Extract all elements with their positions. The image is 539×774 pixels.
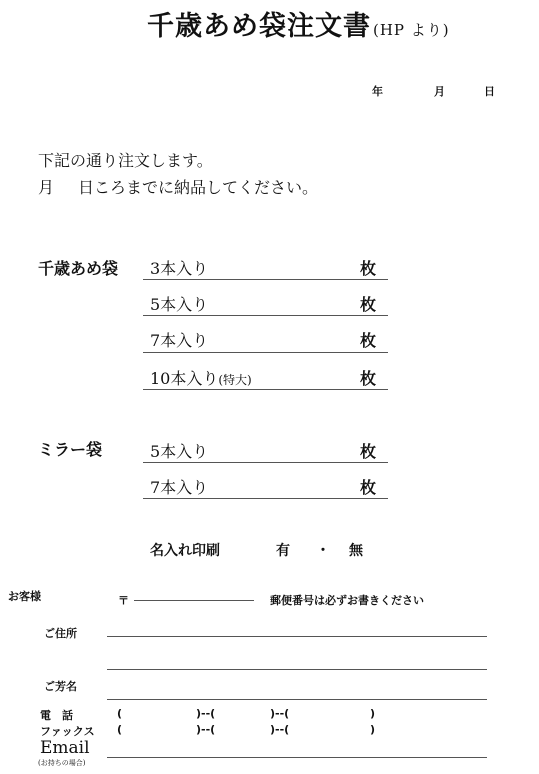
item-label: 10本入り(特大) <box>150 366 252 389</box>
item-label: 3本入り <box>150 256 208 279</box>
item-unit: 枚 <box>360 256 376 279</box>
item-label: 7本入り <box>150 475 208 498</box>
name-print-separator: ・ <box>316 540 330 560</box>
intro-line2: 日ころまでに納品してください。 <box>78 175 318 198</box>
category-chitose-bag: 千歳あめ袋 <box>38 256 118 279</box>
phone-paren: ( <box>117 707 122 720</box>
name-print-no[interactable]: 無 <box>349 540 363 560</box>
fax-label: ファックス <box>40 723 95 739</box>
phone-label: 電 話 <box>40 707 73 723</box>
document-title: 千歳あめ袋注文書(HP より) <box>147 4 450 43</box>
item-unit: 枚 <box>360 439 376 462</box>
name-label: ご芳名 <box>44 678 77 694</box>
email-line[interactable] <box>107 757 487 758</box>
item-label: 7本入り <box>150 328 208 351</box>
intro-line1: 下記の通り注文します。 <box>38 148 213 171</box>
name-print-yes[interactable]: 有 <box>276 540 290 560</box>
item-unit: 枚 <box>360 292 376 315</box>
phone-paren: ) <box>370 707 375 720</box>
email-note: (お持ちの場合) <box>38 758 85 768</box>
item-unit: 枚 <box>360 366 376 389</box>
quantity-line[interactable] <box>143 315 388 316</box>
customer-heading: お客様 <box>8 588 41 604</box>
fax-paren: )--( <box>196 723 215 736</box>
category-mirror-bag: ミラー袋 <box>38 437 102 460</box>
item-note: (特大) <box>218 373 251 387</box>
date-month[interactable]: 月 <box>434 83 445 99</box>
address-label: ご住所 <box>44 625 77 641</box>
postal-note: 郵便番号は必ずお書きください <box>270 592 424 608</box>
item-label: 5本入り <box>150 292 208 315</box>
address-line-1[interactable] <box>107 636 487 637</box>
phone-paren: )--( <box>196 707 215 720</box>
item-unit: 枚 <box>360 328 376 351</box>
email-label: Email <box>40 740 90 757</box>
item-label: 5本入り <box>150 439 208 462</box>
quantity-line[interactable] <box>143 279 388 280</box>
fax-paren: ( <box>117 723 122 736</box>
title-main: 千歳あめ袋注文書 <box>147 11 371 42</box>
date-day[interactable]: 日 <box>484 83 495 99</box>
quantity-line[interactable] <box>143 352 388 353</box>
title-sub: (HP より) <box>373 21 450 39</box>
intro-month: 月 <box>38 175 54 198</box>
name-print-label: 名入れ印刷 <box>150 540 220 560</box>
item-unit: 枚 <box>360 475 376 498</box>
postal-mark: 〒 <box>118 592 129 608</box>
quantity-line[interactable] <box>143 498 388 499</box>
quantity-line[interactable] <box>143 389 388 390</box>
postal-code-line[interactable] <box>134 600 254 601</box>
quantity-line[interactable] <box>143 462 388 463</box>
fax-paren: )--( <box>270 723 289 736</box>
address-line-2[interactable] <box>107 669 487 670</box>
fax-paren: ) <box>370 723 375 736</box>
item-label-text: 10本入り <box>150 369 218 388</box>
date-year[interactable]: 年 <box>372 83 383 99</box>
phone-paren: )--( <box>270 707 289 720</box>
name-line[interactable] <box>107 699 487 700</box>
